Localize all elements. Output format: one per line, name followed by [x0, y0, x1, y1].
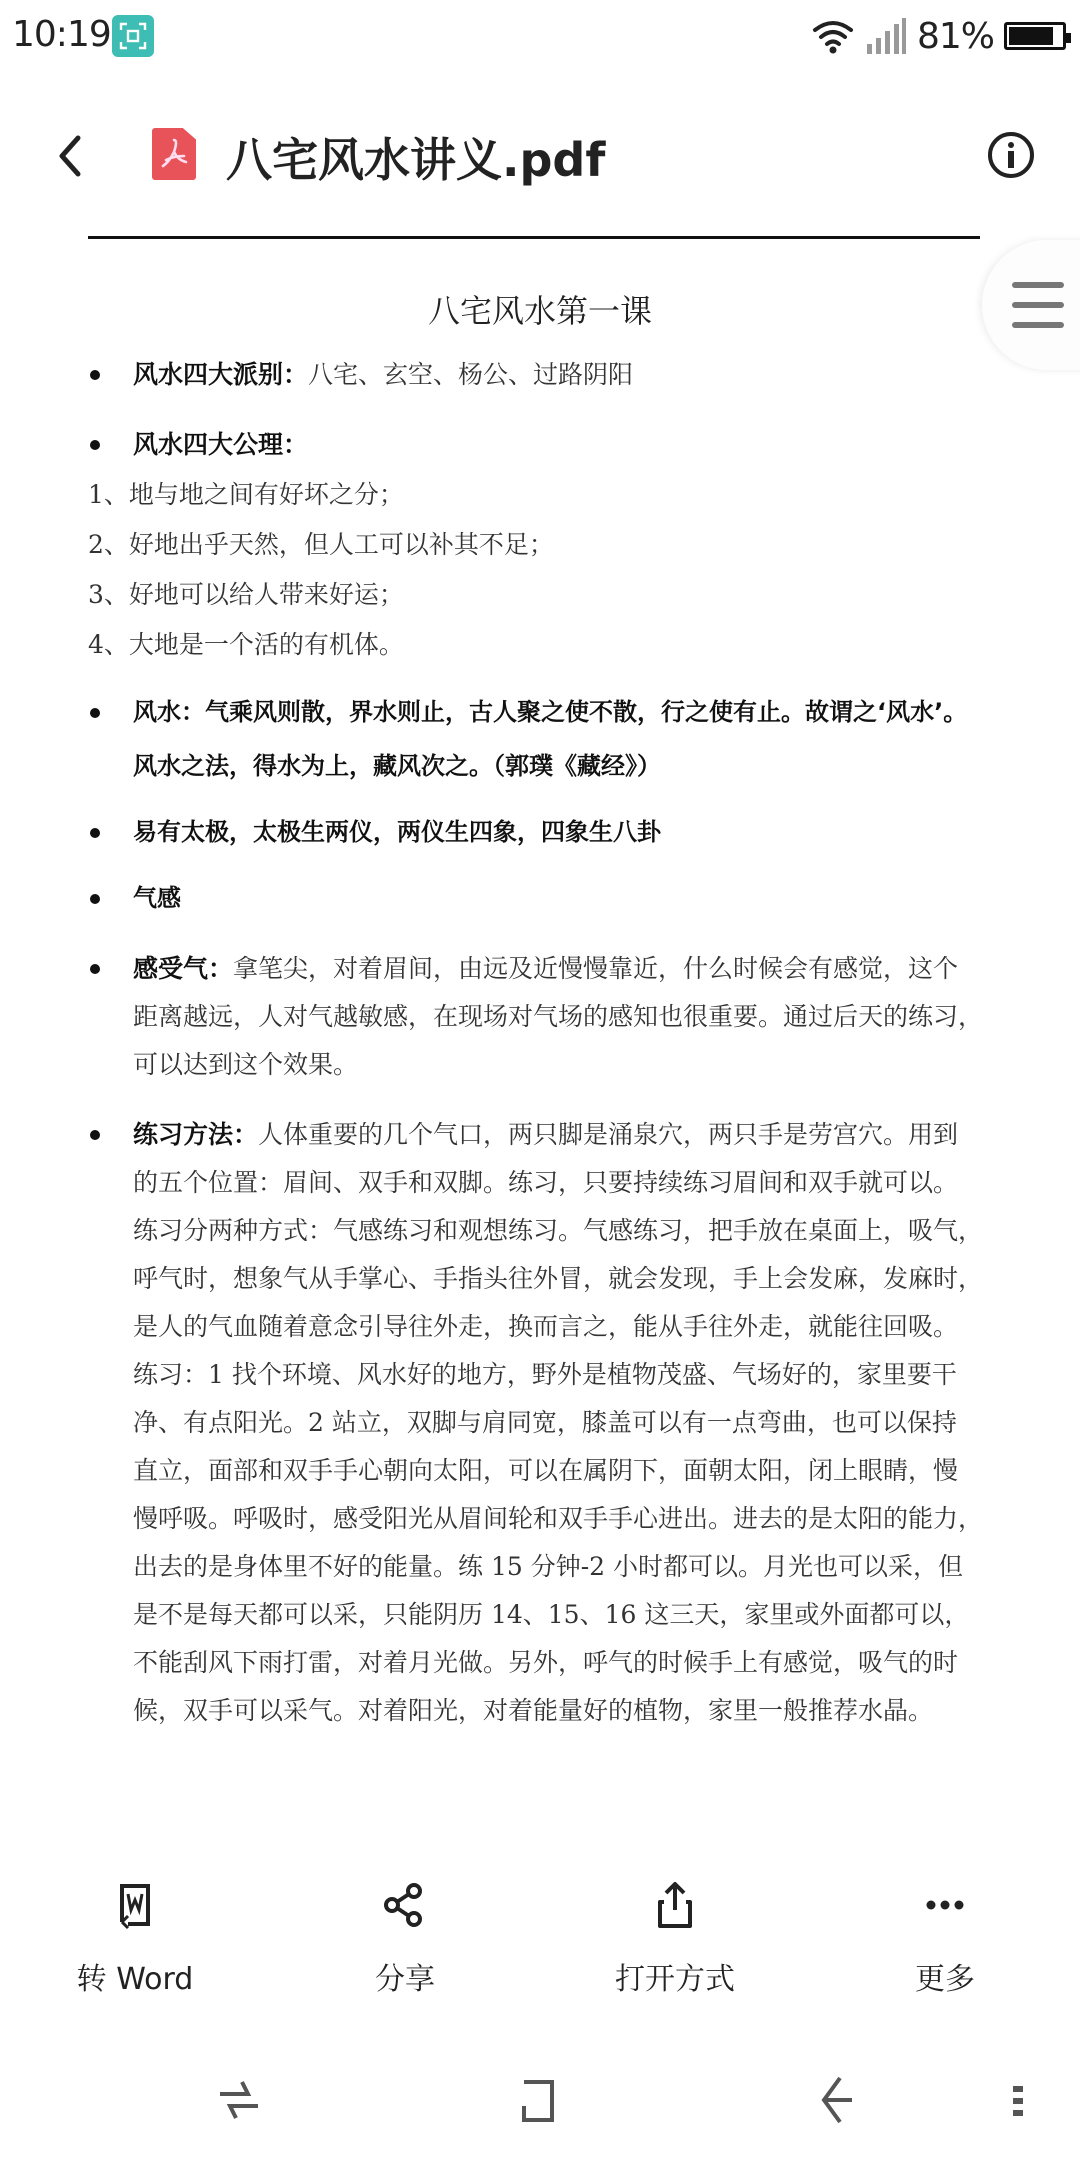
- home-icon[interactable]: [510, 2070, 570, 2130]
- list-item-cont: 慢呼吸。呼吸时，感受阳光从眉间轮和双手手心进出。进去的是太阳的能力，: [133, 1506, 983, 1531]
- list-item-cont: 是不是每天都可以采，只能阴历 14、15、16 这三天，家里或外面都可以，: [133, 1602, 969, 1627]
- battery-percent: 81%: [917, 16, 994, 57]
- list-item: 风水之法，得水为上，藏风次之。（郭璞《藏经》）: [133, 754, 661, 778]
- list-item-cont: 距离越远，人对气越敏感，在现场对气场的感知也很重要。通过后天的练习，: [133, 1004, 983, 1029]
- app-header: 八宅风水讲义.pdf: [0, 110, 1080, 198]
- numbered-item: 2、好地出乎天然，但人工可以补其不足；: [88, 532, 554, 557]
- page-top-rule: [88, 236, 980, 239]
- info-button[interactable]: [988, 132, 1034, 178]
- list-item: 风水四大派别：八宅、玄空、杨公、过路阴阳: [133, 362, 633, 387]
- list-item: 风水四大公理：: [133, 432, 308, 457]
- info-icon: [1008, 142, 1014, 148]
- list-item-cont: 练习：1 找个环境、风水好的地方，野外是植物茂盛、气场好的，家里要干: [133, 1362, 957, 1387]
- share-label: 分享: [305, 1954, 505, 1998]
- open-with-icon: [650, 1880, 700, 1930]
- list-item-cont: 直立，面部和双手手心朝向太阳，可以在属阴下，面朝太阳，闭上眼睛，慢: [133, 1458, 958, 1483]
- more-label: 更多: [845, 1954, 1045, 1998]
- bullet-point: [90, 370, 100, 380]
- share-icon: [380, 1880, 430, 1930]
- signal-icon: [865, 16, 907, 56]
- more-icon: [920, 1880, 970, 1930]
- bullet-point: [90, 440, 100, 450]
- system-navbar: [0, 2030, 1080, 2160]
- back-button[interactable]: [48, 128, 96, 184]
- list-item-cont: 候，双手可以采气。对着阳光，对着能量好的植物，家里一般推荐水晶。: [133, 1698, 933, 1723]
- convert-word-button[interactable]: 转 Word: [35, 1880, 235, 2010]
- list-item-cont: 出去的是身体里不好的能量。练 15 分钟-2 小时都可以。月光也可以采，但: [133, 1554, 963, 1579]
- list-item-cont: 是人的气血随着意念引导往外走，换而言之，能从手往外走，就能往回吸。: [133, 1314, 958, 1339]
- numbered-item: 3、好地可以给人带来好运；: [88, 582, 404, 607]
- share-button[interactable]: 分享: [305, 1880, 505, 2010]
- list-item: 风水：气乘风则散，界水则止，古人聚之使不散，行之使有止。故谓之‘风水’。: [133, 700, 967, 724]
- status-time: 10:19: [12, 14, 111, 55]
- bullet-point: [90, 708, 100, 718]
- bottom-toolbar: 转 Word 分享 打开方式 更多: [0, 1880, 1080, 2010]
- status-bar: 10:19 81%: [0, 0, 1080, 72]
- list-item-cont: 的五个位置：眉间、双手和双脚。练习，只要持续练习眉间和双手就可以。: [133, 1170, 958, 1195]
- list-item: 气感: [133, 886, 181, 910]
- list-item-cont: 不能刮风下雨打雷，对着月光做。另外，呼气的时候手上有感觉，吸气的时: [133, 1650, 958, 1675]
- status-icons: 81%: [811, 14, 1066, 58]
- wifi-icon: [811, 18, 855, 54]
- open-with-button[interactable]: 打开方式: [575, 1880, 775, 2010]
- list-item: 练习方法：人体重要的几个气口，两只脚是涌泉穴，两只手是劳宫穴。用到: [133, 1122, 958, 1147]
- bullet-point: [90, 1130, 100, 1140]
- bullet-point: [90, 894, 100, 904]
- chevron-left-icon: [48, 128, 96, 184]
- list-item: 感受气：拿笔尖，对着眉间，由远及近慢慢靠近，什么时候会有感觉，这个: [133, 956, 958, 981]
- pdf-icon: [152, 128, 196, 180]
- doc-title: 八宅风水第一课: [0, 286, 1080, 332]
- convert-word-icon: [110, 1880, 160, 1930]
- bullet-point: [90, 828, 100, 838]
- bullet-point: [90, 964, 100, 974]
- file-title: 八宅风水讲义.pdf: [226, 124, 605, 190]
- list-item-cont: 可以达到这个效果。: [133, 1052, 358, 1077]
- numbered-item: 1、地与地之间有好坏之分；: [88, 482, 404, 507]
- open-with-label: 打开方式: [575, 1954, 775, 1998]
- more-button[interactable]: 更多: [845, 1880, 1045, 2010]
- screenshot-icon: [112, 15, 154, 57]
- list-item: 易有太极，太极生两仪，两仪生四象，四象生八卦: [133, 820, 661, 844]
- nav-menu-icon[interactable]: [1005, 2070, 1035, 2130]
- back-icon[interactable]: [810, 2070, 870, 2130]
- list-item-cont: 呼气时，想象气从手掌心、手指头往外冒，就会发现，手上会发麻，发麻时，: [133, 1266, 983, 1291]
- battery-icon: [1004, 22, 1066, 50]
- numbered-item: 4、大地是一个活的有机体。: [88, 632, 404, 657]
- convert-word-label: 转 Word: [35, 1954, 235, 1998]
- list-item-cont: 练习分两种方式：气感练习和观想练习。气感练习，把手放在桌面上，吸气，: [133, 1218, 983, 1243]
- recent-apps-icon[interactable]: [210, 2070, 270, 2130]
- list-item-cont: 净、有点阳光。2 站立，双脚与肩同宽，膝盖可以有一点弯曲，也可以保持: [133, 1410, 957, 1435]
